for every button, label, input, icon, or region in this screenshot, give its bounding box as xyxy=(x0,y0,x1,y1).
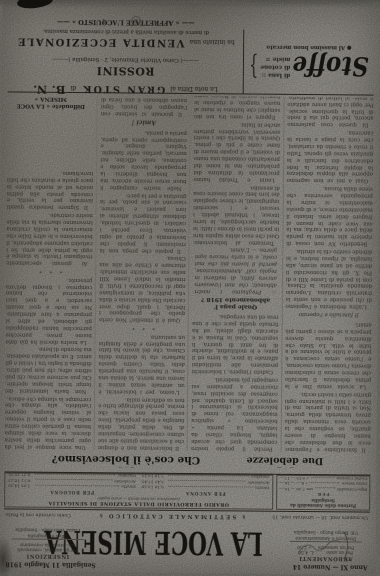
column-2: Perché il popolo nostro comprenda quel c… xyxy=(191,96,284,452)
paragraph: Perché il popolo nostro comprenda quel c… xyxy=(191,375,278,451)
postal-note: Conto corrente con la Posta xyxy=(6,512,71,518)
bus-timetable-per: PER xyxy=(279,492,367,498)
notice-heading-abbonamento: Quale paga l' abbonamento 1918 ? xyxy=(192,295,278,309)
railway-timetable: ORARIO FERROVIARIO DALLA STAZIONE DI SEN… xyxy=(4,473,273,510)
gran-stok-text: GRAN STOK xyxy=(81,83,165,95)
masthead-middle: ABBONAMENTI Per un anno . . . . L. 4,50 … xyxy=(4,518,370,562)
article-columns: Il fanciullismo e l'egoismo: ecco le due… xyxy=(5,94,374,452)
flourish-icon: § xyxy=(98,512,103,518)
newspaper-scan-screenshot: Anno XI — Numero 14 Senigallia 11 Maggio… xyxy=(0,0,380,576)
ad-stoffe: Stoffe di lana :: di cotone miste = } ● … xyxy=(243,29,375,94)
abbonamenti-line: Per un anno . . . . L. 4,50 xyxy=(282,548,370,554)
railway-bologna: PER BOLOGNA Diretto1,0514,50 Accelerato6… xyxy=(8,473,136,495)
flourish-icon: § xyxy=(240,513,245,519)
leader-dots xyxy=(169,480,246,482)
asterisk-separator: * * * xyxy=(99,324,185,331)
abbonamenti-line: Direttore e Amministratore xyxy=(282,534,370,540)
bus-timetable-title: Partono dalle Automobili da Senigallia xyxy=(279,497,367,509)
headline-bolscevismo: — · — Che cos'è il bolscevismo? xyxy=(4,452,213,470)
price-note: Un numero cent. 10 — arretrato cent. 15 xyxy=(272,514,368,520)
ad-rossini: La nota Ditta al GRAN STOK di B. N. ROSS… xyxy=(8,27,244,93)
rossini-address: ———( Corso Vittorio Emanuele, 2 - Seniga… xyxy=(12,55,239,63)
paragraph: Una voce dunque si levi da ogni parrocch… xyxy=(5,394,92,450)
issue-number: Anno XI — Numero 14 xyxy=(293,563,368,571)
asterisk-separator: * * * xyxy=(6,267,92,274)
railway-ancona: PER ANCONA Diretto0,1813,28 Accelerato5,… xyxy=(142,473,270,496)
paragraph: Qual è il rimedio? Non certo quello che … xyxy=(99,254,186,324)
stoffe-layout: Stoffe di lana :: di cotone miste = } xyxy=(249,52,369,80)
train-row: Accelerato6,1218,23 xyxy=(8,478,136,485)
article-subtitle: Il fanciullo e l'operaio xyxy=(286,310,372,318)
headline-row: — · — Due debolezze — · — Che cos'è il b… xyxy=(4,452,370,471)
paragraph: L'uomo, per i bolscevichi, è un animale … xyxy=(98,332,185,395)
stoffe-wordmark: Stoffe xyxy=(292,50,369,82)
amici-heading: Amici ! xyxy=(101,117,187,126)
railway-columns: PER ANCONA Diretto0,1813,28 Accelerato5,… xyxy=(8,473,269,496)
headline-due-debolezze: — · — Due debolezze xyxy=(213,454,370,470)
abbonamenti-box: ABBONAMENTI Per un anno . . . . L. 4,50 … xyxy=(282,528,370,561)
leader-dots xyxy=(311,477,335,482)
paragraph: L'altra debolezza è l'egoismo di chi pos… xyxy=(286,247,373,310)
brace-glyph: } xyxy=(249,50,258,80)
ink-dot xyxy=(103,21,106,24)
stoffe-fabric-list: di lana :: di cotone miste = xyxy=(260,54,290,78)
newspaper-title: LA VOCE MISENA xyxy=(111,523,263,561)
leader-dots xyxy=(35,479,112,481)
paragraph: Il popolo che prega non fa rivoluzioni; … xyxy=(100,191,187,254)
bus-row: Castel Colonna» 9,15 — 17,— xyxy=(279,475,367,481)
corner-smudge xyxy=(0,536,13,576)
page-content: Anno XI — Numero 14 Senigallia 11 Maggio… xyxy=(4,5,375,571)
paragraph: Lenin e Trotzki hanno proclamato la ditt… xyxy=(193,120,280,183)
rossini-line-3: ha iniziato una VENDITA ECCEZIONALE xyxy=(12,35,239,56)
timetable-strip: Partono dalle Automobili da Senigallia P… xyxy=(4,473,370,511)
rossini-slogan: —— « AFFRETTATE L'ACQUISTO » —— xyxy=(12,18,239,28)
abbonamenti-heading: ABBONAMENTI xyxy=(282,554,370,562)
leader-dots xyxy=(169,485,253,487)
paragraph: Torniamo al bolscevismo. Quel che esso a… xyxy=(193,183,280,246)
paragraph: Non basta lamentarsi dei tempi tristi: b… xyxy=(5,345,92,394)
inserzioni-box: INSERZIONI Per gli annunzi, comunicati e… xyxy=(4,526,92,559)
abbonamenti-line: Uff. Borgo Burgo - Senigallia xyxy=(282,528,370,534)
vendita-eccezionale-text: VENDITA ECCEZIONALE xyxy=(17,36,185,48)
column-4: Una voce dunque si levi da ogni parrocch… xyxy=(5,94,98,450)
paragraph: Caduto l'impero, i bolscevichi promisero… xyxy=(192,312,279,375)
leader-dots xyxy=(169,475,249,477)
leader-dots xyxy=(35,484,119,486)
leader-dots xyxy=(310,482,340,487)
leader-dots xyxy=(35,474,115,476)
paragraph: Il Signore benedica quanti lavorano per … xyxy=(7,168,94,210)
inserzioni-line: Uffici e Tipografia xyxy=(4,531,92,537)
inserzioni-heading: INSERZIONI xyxy=(4,552,92,560)
paragraph: Guai a noi se non sapremo opporre alla d… xyxy=(287,128,374,184)
paragraph: Ai giovani specialmente rivolgiamo l'inv… xyxy=(6,211,93,267)
leader-dots xyxy=(315,487,335,492)
bus-timetable: Partono dalle Automobili da Senigallia P… xyxy=(276,475,370,511)
advertisement-row: Stoffe di lana :: di cotone miste = } ● … xyxy=(8,27,375,95)
paragraph: Il fanciullismo e l'egoismo: ecco le due… xyxy=(284,390,371,453)
train-row: Accelerato5,4317,45 xyxy=(142,479,270,486)
paragraph: Il bolscevismo non è dunque che il socia… xyxy=(98,395,185,451)
subtitle-weekly: § SETTIMANALE CATTOLICO § xyxy=(98,512,245,519)
bus-row: Ripe-Corinaldoore 7,30 — 15,— xyxy=(279,486,367,492)
railway-ancona-heading: PER ANCONA xyxy=(142,490,270,497)
rossini-line-4: di merce di assoluta novità a prezzi di … xyxy=(12,27,239,35)
paragraph: La nostra diocesi ha già dato buone prov… xyxy=(6,275,93,345)
inserzioni-line: Per gli annunzi, comunicati xyxy=(4,546,92,552)
paragraph: La scuola senza Dio è la prima debolezza… xyxy=(285,320,372,390)
paragraph: Di queste cose parleremo ancora, perché … xyxy=(287,97,374,128)
masthead: Anno XI — Numero 14 Senigallia 11 Maggio… xyxy=(4,511,370,571)
column-1: Il fanciullismo e l'egoismo: ecco le due… xyxy=(284,97,373,453)
rotated-newspaper-page: Anno XI — Numero 14 Senigallia 11 Maggio… xyxy=(0,1,380,574)
paragraph: Nelle nostre campagne il buon senso resi… xyxy=(100,128,187,191)
bus-row: Ostra Vetere» 8,— — 16,— xyxy=(279,481,367,487)
abbonamenti-line: Per un semestre . . » 2,50 xyxy=(282,543,370,549)
admin-notice: — Preghiamo i nostri abbonati, che non l… xyxy=(192,246,279,295)
inserzioni-line: Piazza Vescovado - Senigallia xyxy=(4,526,92,532)
train-row: Omnibus7,1819,10 xyxy=(142,473,270,480)
column-3: Il bolscevismo non è dunque che il socia… xyxy=(98,95,191,451)
paragraph: Benedetto XV non cessa di ripetere alle … xyxy=(286,184,373,247)
stamp-circle-mark xyxy=(131,16,141,26)
issue-date: Senigallia 11 Maggio 1918 xyxy=(6,560,96,568)
rossini-line-1: La nota Ditta al GRAN STOK di B. N. ROSS… xyxy=(12,63,239,103)
railway-bologna-heading: PER BOLOGNA xyxy=(8,488,136,495)
